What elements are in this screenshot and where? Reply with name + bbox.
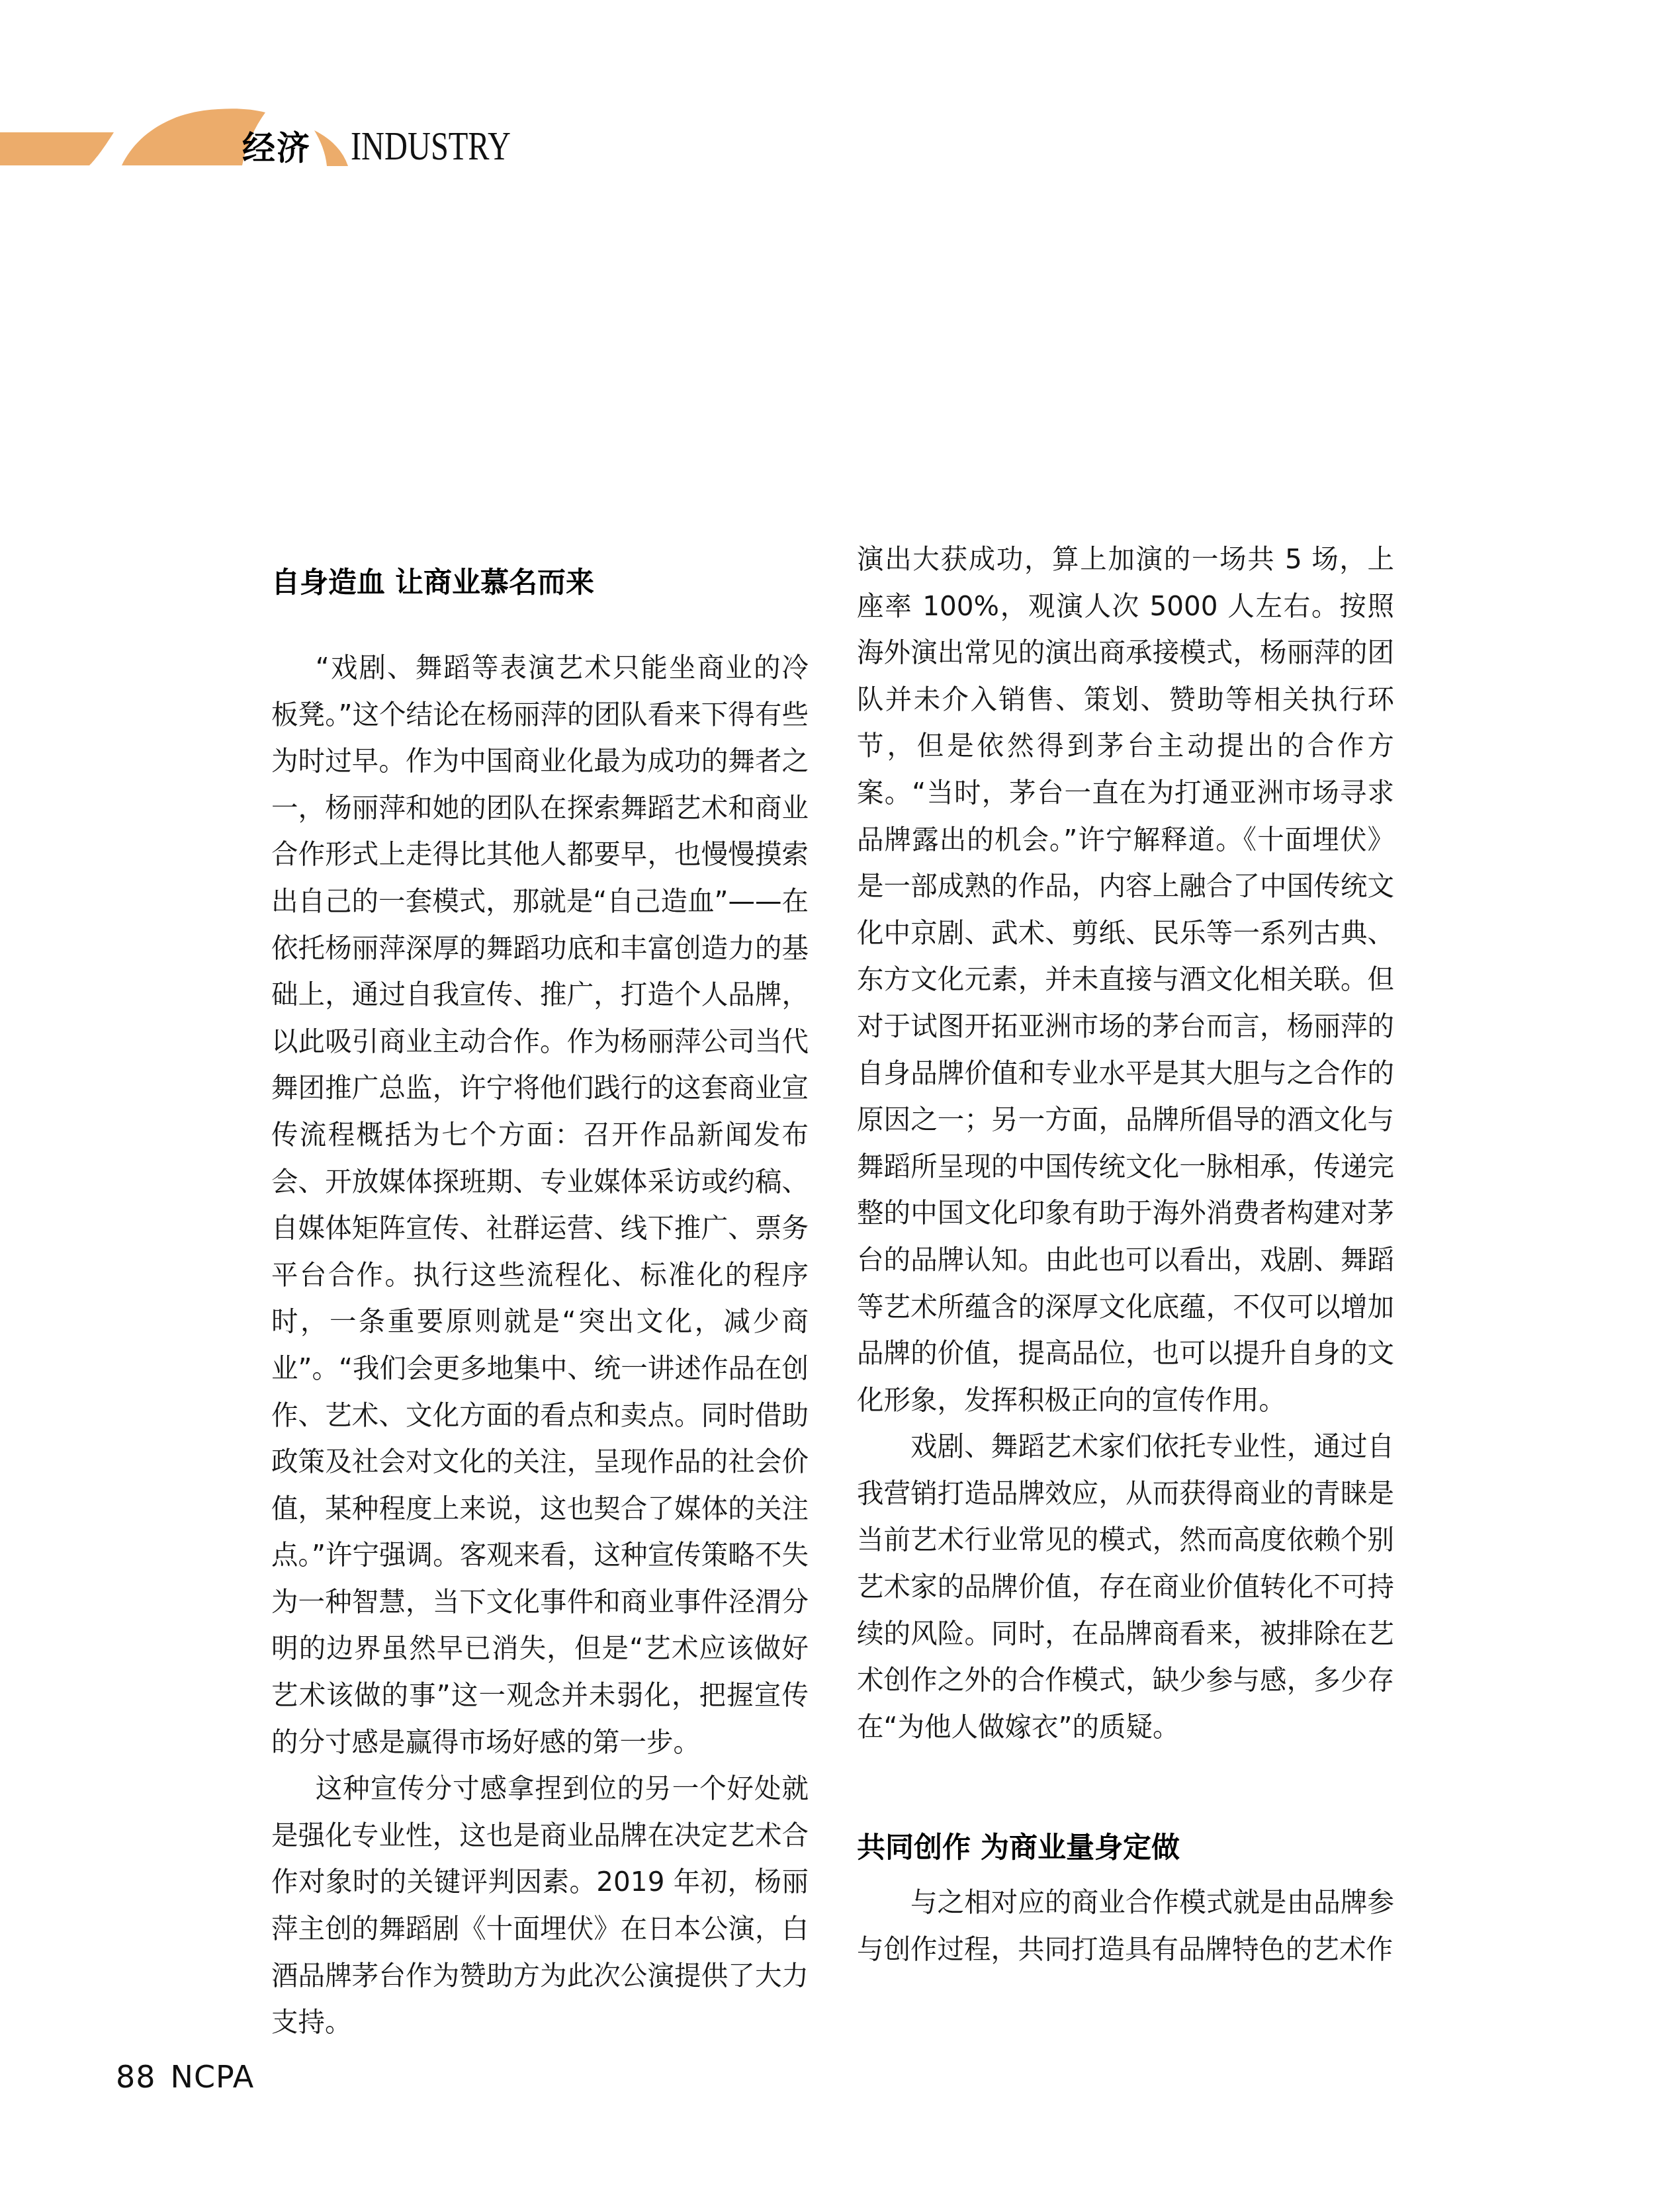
section-label-chinese: 经济 xyxy=(242,131,311,165)
header-tail-swoosh-shape xyxy=(314,130,348,166)
section-label-english: INDUSTRY xyxy=(351,126,511,167)
right-column-body: 演出大获成功，算上加演的一场共 5 场，上座率 100%，观演人次 5000 人… xyxy=(857,536,1394,1750)
paragraph-continuation: 演出大获成功，算上加演的一场共 5 场，上座率 100%，观演人次 5000 人… xyxy=(857,536,1394,1423)
paragraph: 与之相对应的商业合作模式就是由品牌参与创作过程，共同打造具有品牌特色的艺术作 xyxy=(857,1879,1394,1972)
header-bar-shape xyxy=(0,132,114,165)
right-column-body-bottom: 与之相对应的商业合作模式就是由品牌参与创作过程，共同打造具有品牌特色的艺术作 xyxy=(857,1879,1394,1972)
section-header-swoosh-graphic xyxy=(0,0,543,212)
left-column-body: “戏剧、舞蹈等表演艺术只能坐商业的冷板凳。”这个结论在杨丽萍的团队看来下得有些为… xyxy=(271,644,809,2046)
magazine-page: 经济 INDUSTRY 自身造血 让商业慕名而来 “戏剧、舞蹈等表演艺术只能坐商… xyxy=(0,0,1680,2188)
paragraph: “戏剧、舞蹈等表演艺术只能坐商业的冷板凳。”这个结论在杨丽萍的团队看来下得有些为… xyxy=(271,644,809,1765)
page-footer: 88NCPA xyxy=(116,2060,254,2093)
article-subheading-self-branding: 自身造血 让商业慕名而来 xyxy=(271,560,809,606)
paragraph: 这种宣传分寸感拿捏到位的另一个好处就是强化专业性，这也是商业品牌在决定艺术合作对… xyxy=(271,1765,809,2046)
paragraph: 戏剧、舞蹈艺术家们依托专业性，通过自我营销打造品牌效应，从而获得商业的青睐是当前… xyxy=(857,1423,1394,1750)
page-number: 88 xyxy=(116,2059,156,2095)
journal-code: NCPA xyxy=(171,2059,255,2095)
article-subheading-co-creation: 共同创作 为商业量身定做 xyxy=(857,1825,1394,1871)
